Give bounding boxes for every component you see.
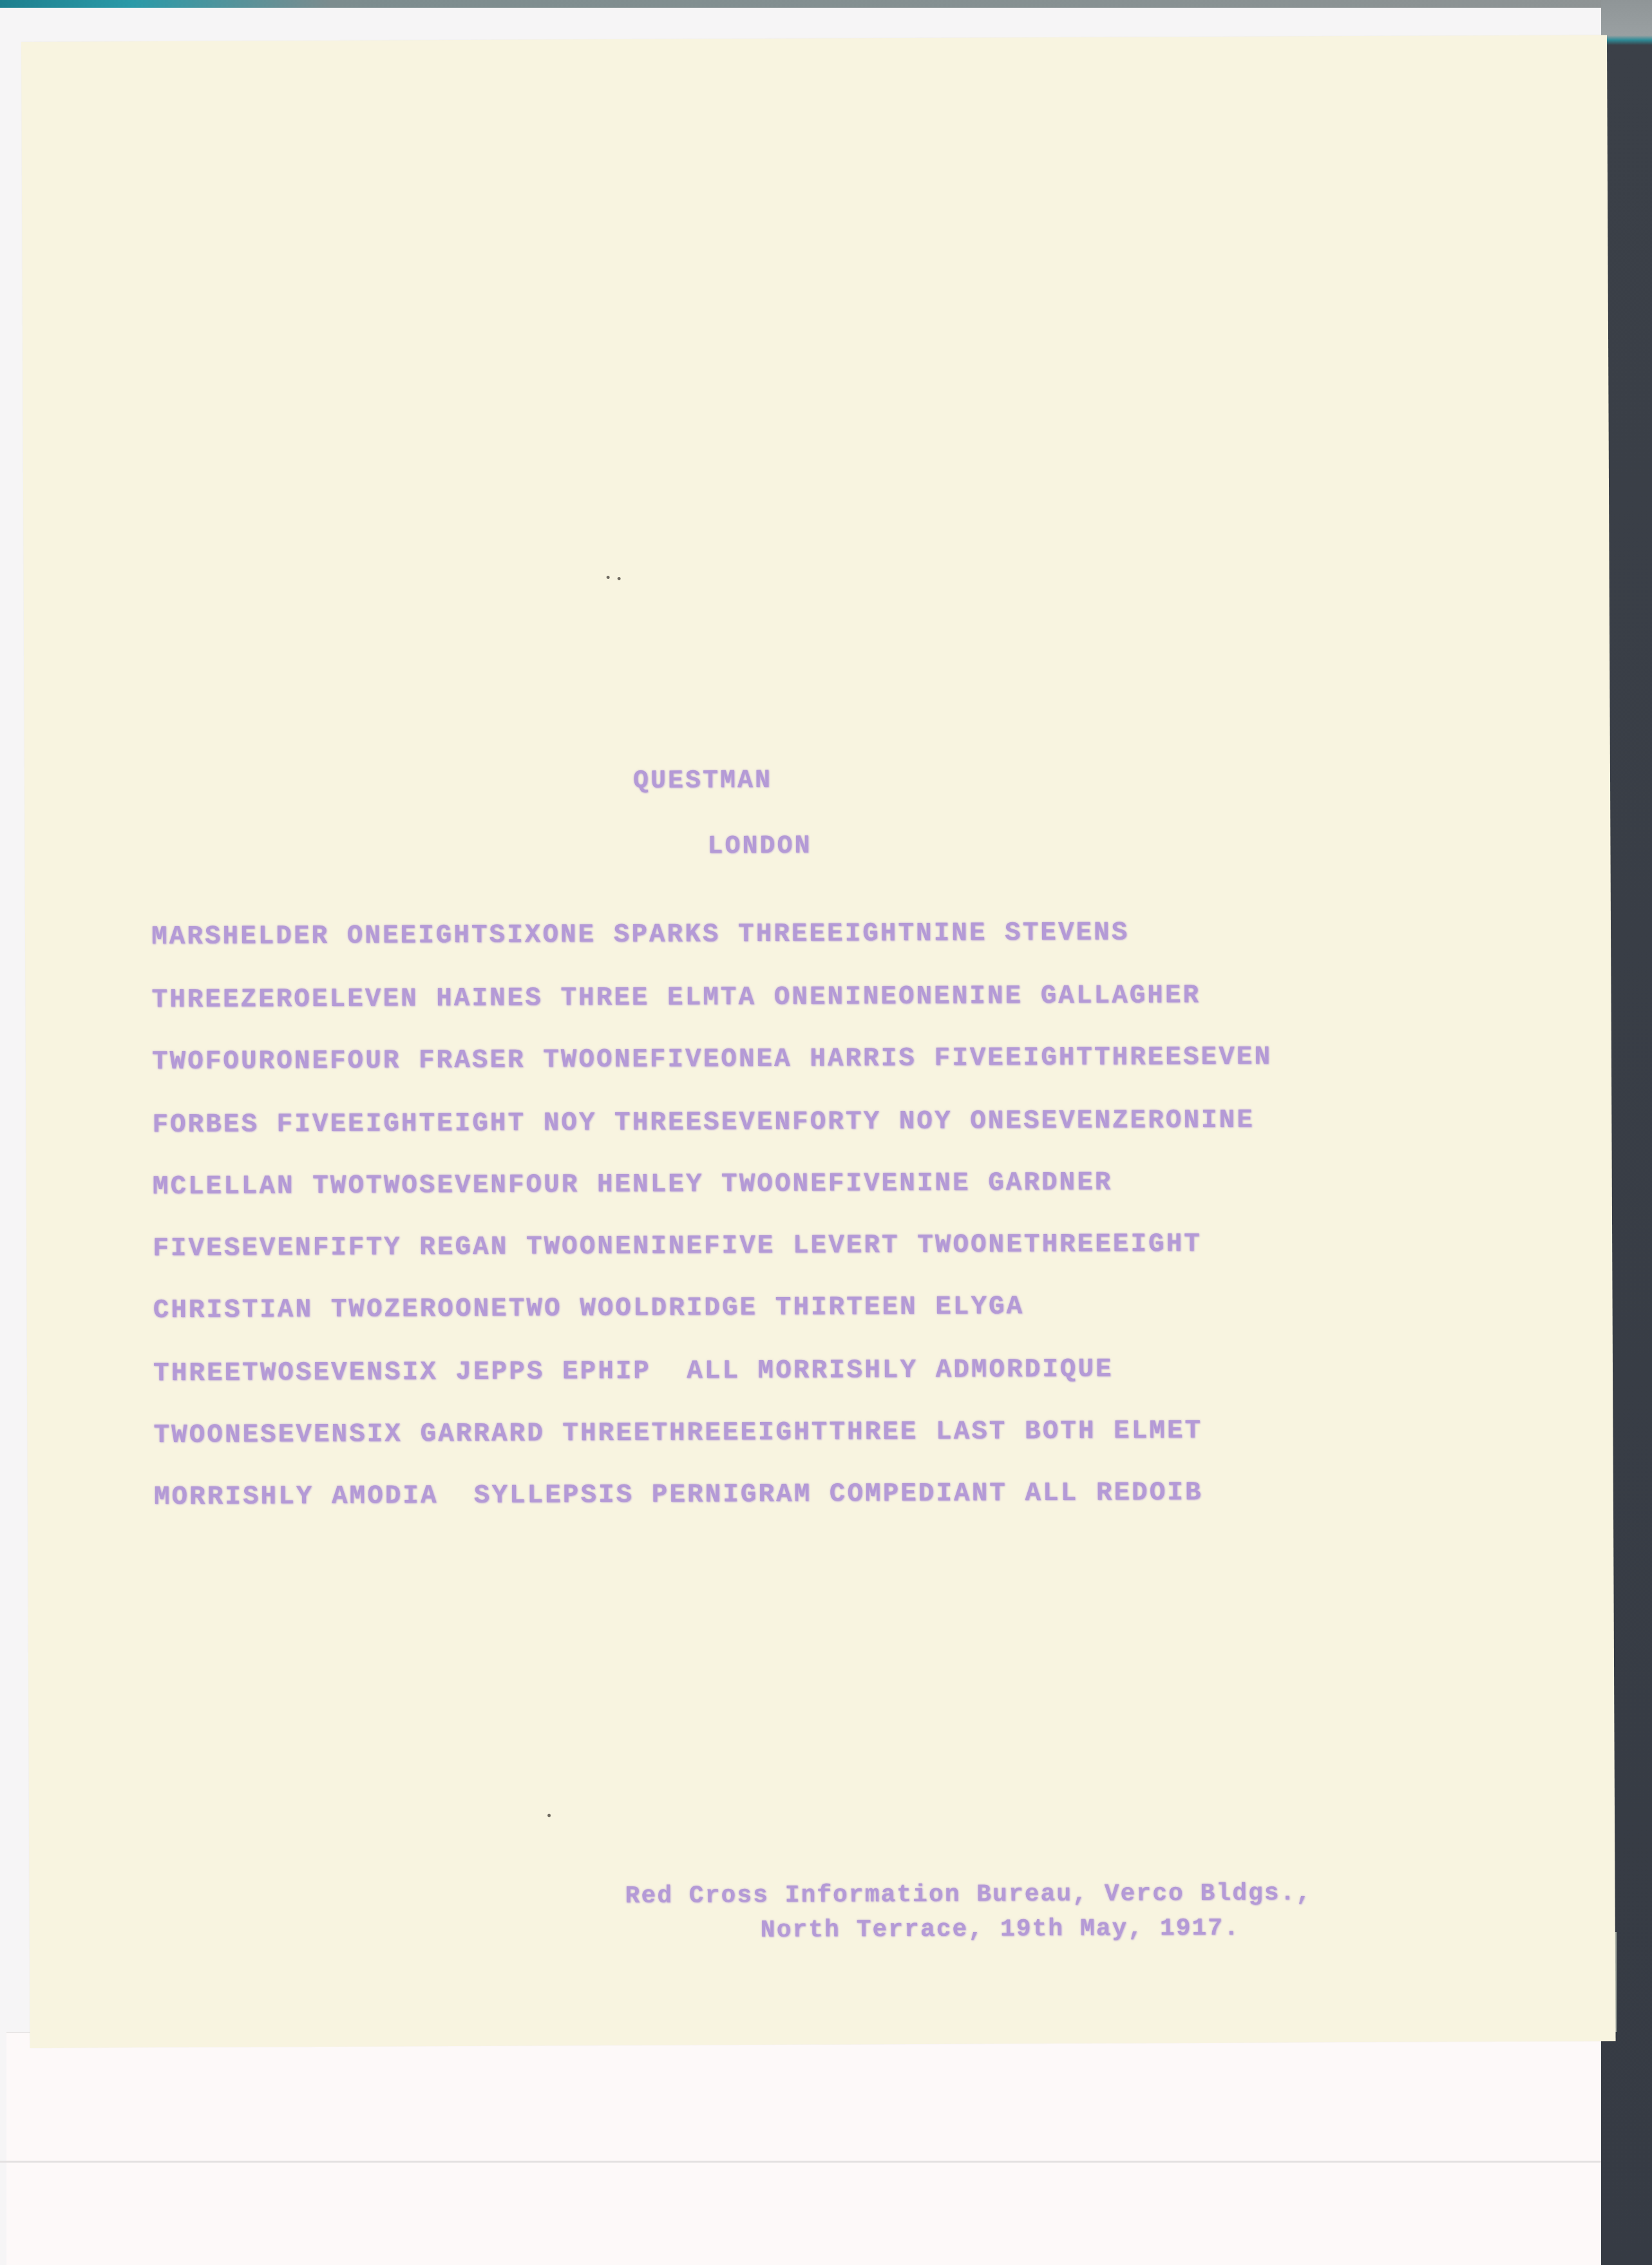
message-line: MARSHELDER ONEEIGHTSIXONE SPARKS THREEEI… [151, 918, 1129, 952]
message-line: THREEZEROELEVEN HAINES THREE ELMTA ONENI… [151, 981, 1201, 1015]
ink-speck [607, 576, 610, 579]
ink-speck [618, 577, 621, 580]
addressee-name: QUESTMAN [633, 766, 772, 796]
message-line: FIVESEVENFIFTY REGAN TWOONENINEFIVE LEVE… [153, 1229, 1202, 1264]
sender-address-line-1: Red Cross Information Bureau, Verco Bldg… [625, 1879, 1312, 1910]
addressee-city: LONDON [707, 832, 812, 862]
underlying-white-sheet [6, 2032, 1601, 2265]
message-line: MORRISHLY AMODIA SYLLEPSIS PERNIGRAM COM… [154, 1478, 1203, 1512]
sender-address-line-2: North Terrace, 19th May, 1917. [761, 1915, 1240, 1944]
fold-line [0, 2161, 1601, 2163]
message-line: TWOONESEVENSIX GARRARD THREETHREEEIGHTTH… [153, 1416, 1202, 1450]
typewritten-cablegram-page: QUESTMAN LONDON MARSHELDER ONEEIGHTSIXON… [21, 35, 1616, 2048]
ink-speck [547, 1814, 551, 1817]
message-line: THREETWOSEVENSIX JEPPS EPHIP ALL MORRISH… [153, 1355, 1114, 1389]
message-line: CHRISTIAN TWOZEROONETWO WOOLDRIDGE THIRT… [153, 1292, 1024, 1325]
message-line: TWOFOURONEFOUR FRASER TWOONEFIVEONEA HAR… [152, 1043, 1272, 1077]
message-line: MCLELLAN TWOTWOSEVENFOUR HENLEY TWOONEFI… [153, 1168, 1113, 1202]
scanner-top-edge [0, 0, 1652, 8]
message-line: FORBES FIVEEIGHTEIGHT NOY THREESEVENFORT… [152, 1106, 1255, 1140]
